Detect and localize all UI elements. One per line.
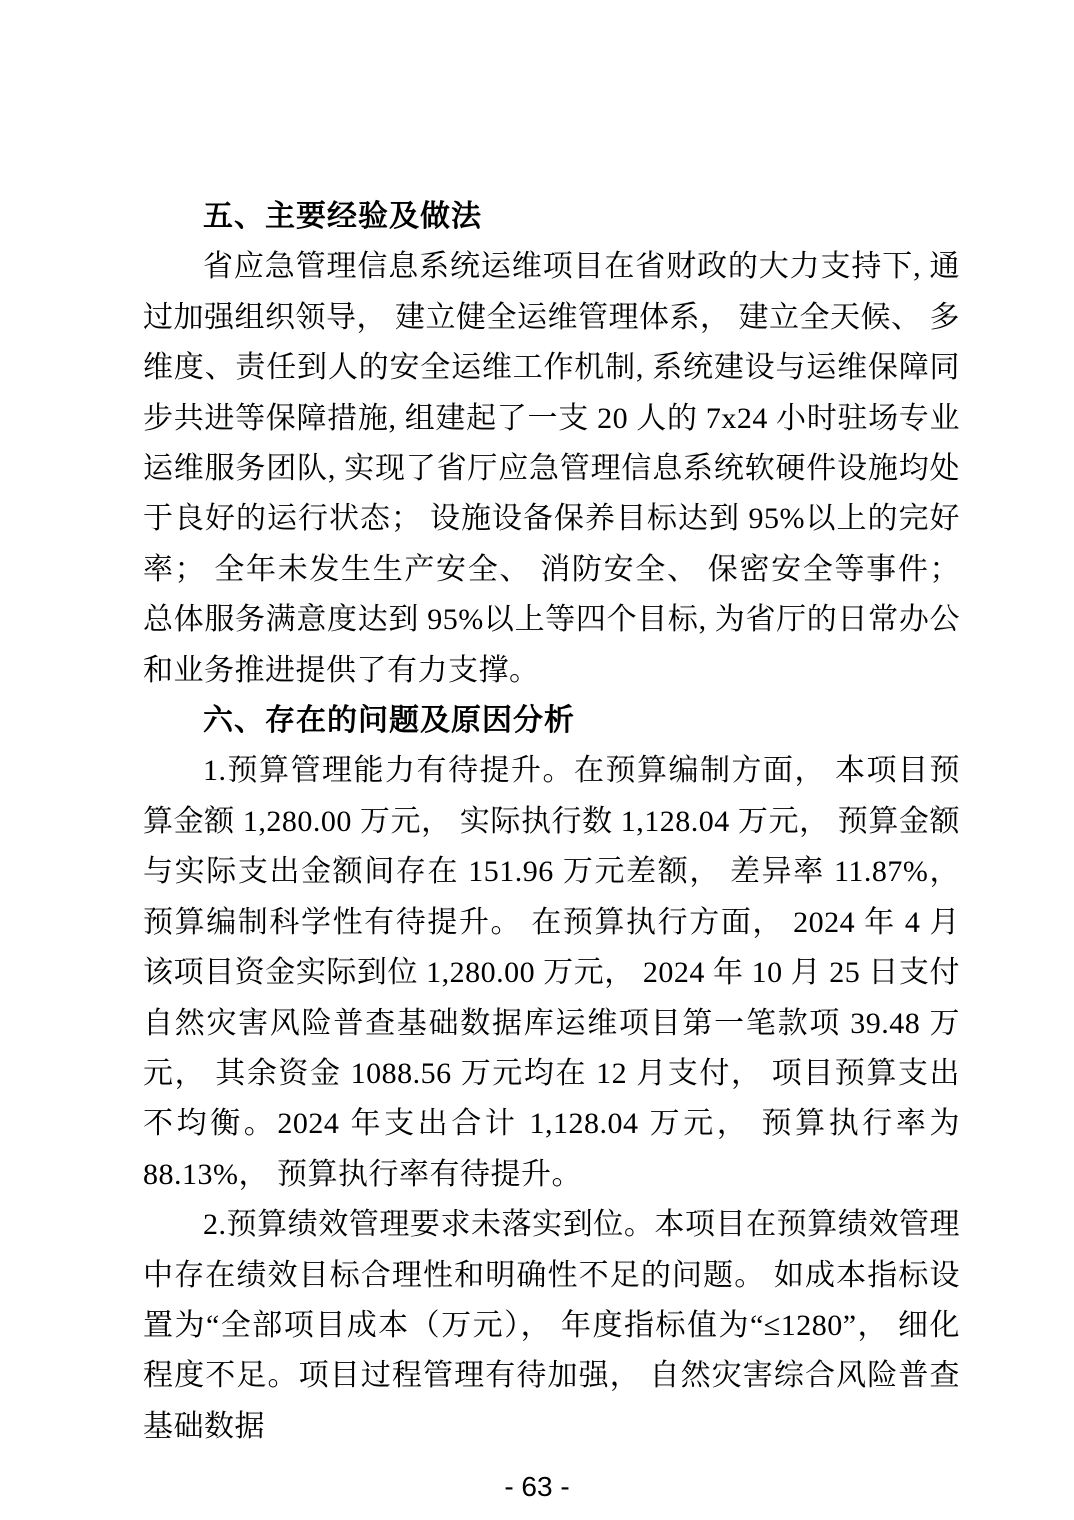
page-number: - 63 - (0, 1472, 1074, 1502)
paragraph-budget-management: 1.预算管理能力有待提升。在预算编制方面， 本项目预算金额 1,280.00 万… (143, 746, 960, 1200)
section-heading-experience: 五、主要经验及做法 (143, 192, 960, 242)
paragraph-performance-management: 2.预算绩效管理要求未落实到位。本项目在预算绩效管理中存在绩效目标合理性和明确性… (143, 1200, 960, 1452)
document-page: 五、主要经验及做法 省应急管理信息系统运维项目在省财政的大力支持下, 通过加强组… (0, 0, 1074, 1520)
document-content: 五、主要经验及做法 省应急管理信息系统运维项目在省财政的大力支持下, 通过加强组… (143, 192, 960, 1452)
section-heading-problems: 六、存在的问题及原因分析 (143, 696, 960, 746)
paragraph-experience: 省应急管理信息系统运维项目在省财政的大力支持下, 通过加强组织领导， 建立健全运… (143, 242, 960, 696)
